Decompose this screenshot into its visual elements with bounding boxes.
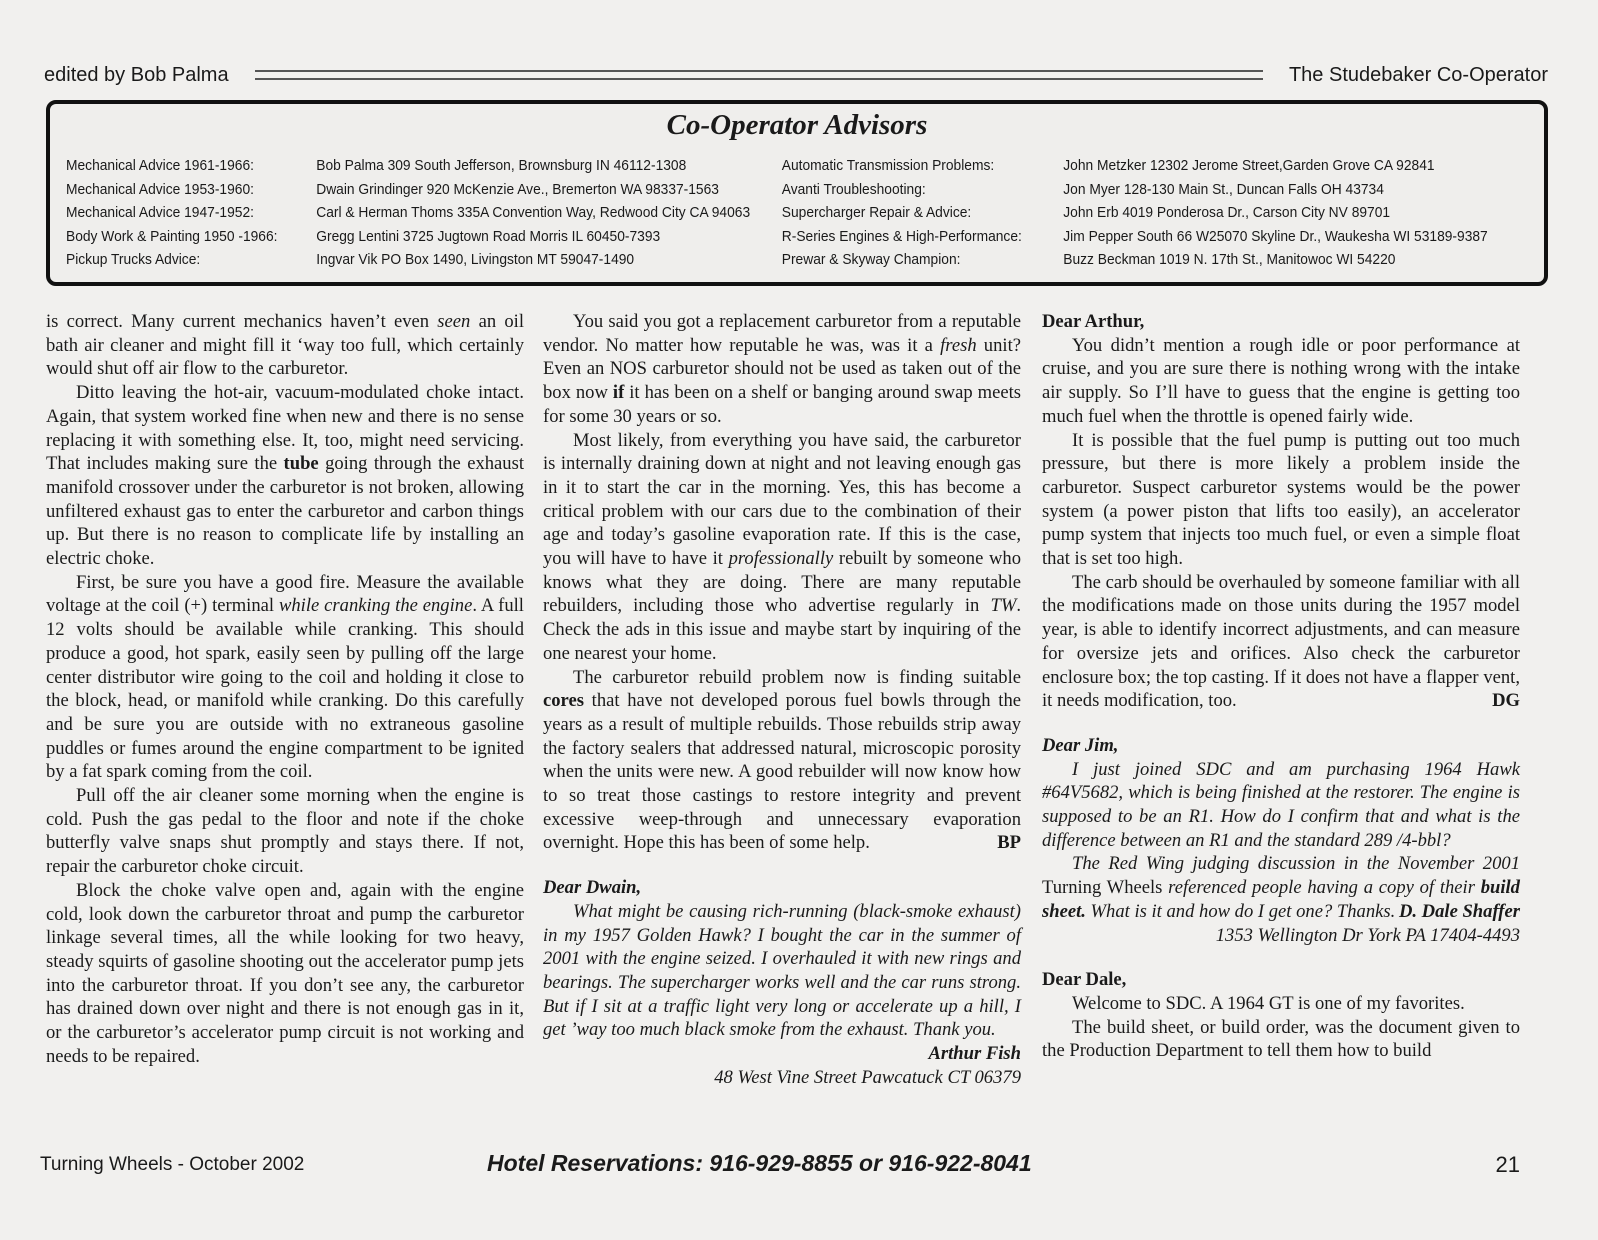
text-run: is correct. Many current mechanics haven… [46,311,437,332]
page-number: 21 [1496,1152,1520,1178]
bold-term: tube [284,453,319,474]
author-initials: DG [1462,689,1520,713]
paragraph: You said you got a replacement carbureto… [543,310,1021,429]
paragraph: The carb should be overhauled by someone… [1042,571,1520,713]
letter-body: I just joined SDC and am purchasing 1964… [1042,758,1520,853]
header-double-rule [255,70,1263,80]
advisor-topic: Mechanical Advice 1953-1960: [66,178,316,202]
advisor-contact: Ingvar Vik PO Box 1490, Livingston MT 59… [316,248,782,272]
issue-info: Turning Wheels - October 2002 [40,1154,304,1176]
advisor-topic: Prewar & Skyway Champion: [782,248,1064,272]
spacer [1042,947,1520,968]
reader-letter: I just joined SDC and am purchasing 1964… [1042,758,1520,924]
advisor-contact: Bob Palma 309 South Jefferson, Brownsbur… [316,154,782,178]
column-title: The Studebaker Co-Operator [1289,64,1548,87]
paragraph: The carburetor rebuild problem now is fi… [543,666,1021,856]
advisor-row: Body Work & Painting 1950 -1966: Gregg L… [66,225,1542,249]
bold-term: cores [543,690,584,711]
advisors-box: Co-Operator Advisors Mechanical Advice 1… [46,100,1548,286]
advisor-contact: Dwain Grindinger 920 McKenzie Ave., Brem… [316,178,782,202]
paragraph: Most likely, from everything you have sa… [543,429,1021,666]
advisor-contact: John Erb 4019 Ponderosa Dr., Carson City… [1063,201,1541,225]
text-run: The carburetor rebuild problem now is fi… [573,667,1021,688]
text-run: referenced people having a copy of their [1162,877,1480,898]
advisor-row: Pickup Trucks Advice: Ingvar Vik PO Box … [66,248,1542,272]
emphasis: professionally [729,548,834,569]
letter-address: 48 West Vine Street Pawcatuck CT 06379 [543,1066,1021,1090]
article-column-3: Dear Arthur, You didn’t mention a rough … [1042,310,1520,1063]
reply-salutation: Dear Dale, [1042,968,1520,992]
letter-signature: Arthur Fish [543,1042,1021,1066]
reader-letter: What might be causing rich-running (blac… [543,900,1021,1042]
advisor-row: Mechanical Advice 1953-1960: Dwain Grind… [66,178,1542,202]
advisor-topic: Supercharger Repair & Advice: [782,201,1064,225]
letter-body: What might be causing rich-running (blac… [543,900,1021,1042]
advisor-contact: Jim Pepper South 66 W25070 Skyline Dr., … [1063,225,1541,249]
advisor-topic: Mechanical Advice 1947-1952: [66,201,316,225]
letter-address: 1353 Wellington Dr York PA 17404-4493 [1042,924,1520,948]
advisor-contact: Jon Myer 128-130 Main St., Duncan Falls … [1063,178,1541,202]
text-run: The Red Wing judging discussion in the N… [1072,853,1520,874]
advisor-topic: Pickup Trucks Advice: [66,248,316,272]
advisor-row: Mechanical Advice 1947-1952: Carl & Herm… [66,201,1542,225]
advisor-topic: Automatic Transmission Problems: [782,154,1064,178]
spacer [1042,713,1520,734]
advisor-contact: Buzz Beckman 1019 N. 17th St., Manitowoc… [1063,248,1541,272]
advisor-contact: John Metzker 12302 Jerome Street,Garden … [1063,154,1541,178]
paragraph: It is possible that the fuel pump is put… [1042,429,1520,571]
advisor-topic: Avanti Troubleshooting: [782,178,1064,202]
text-run: The carb should be overhauled by someone… [1042,572,1520,712]
emphasis: fresh [940,335,977,356]
advisors-list: Mechanical Advice 1961-1966: Bob Palma 3… [66,154,1542,272]
advisor-topic: Mechanical Advice 1961-1966: [66,154,316,178]
paragraph: Welcome to SDC. A 1964 GT is one of my f… [1042,992,1520,1016]
letter-salutation: Dear Jim, [1042,734,1520,758]
emphasis: TW [991,595,1017,616]
text-run: that have not developed porous fuel bowl… [543,690,1021,853]
bold-term: if [613,382,624,403]
running-header: edited by Bob Palma The Studebaker Co-Op… [44,60,1548,90]
advisors-title: Co-Operator Advisors [50,108,1544,142]
advisor-contact: Carl & Herman Thoms 335A Convention Way,… [316,201,782,225]
advisor-topic: R-Series Engines & High-Performance: [782,225,1064,249]
emphasis: while cranking the engine [279,595,472,616]
hotel-reservations-banner: Hotel Reservations: 916-929-8855 or 916-… [487,1150,1032,1177]
paragraph: The build sheet, or build order, was the… [1042,1016,1520,1063]
advisor-contact: Gregg Lentini 3725 Jugtown Road Morris I… [316,225,782,249]
spacer [543,855,1021,876]
paragraph: You didn’t mention a rough idle or poor … [1042,334,1520,429]
article-column-1: is correct. Many current mechanics haven… [46,310,524,1069]
publication-name: Turning Wheels [1042,877,1162,898]
advisor-topic: Body Work & Painting 1950 -1966: [66,225,316,249]
text-run: What is it and how do I get one? Thanks. [1086,901,1395,922]
paragraph: Ditto leaving the hot-air, vacuum-modula… [46,381,524,571]
article-column-2: You said you got a replacement carbureto… [543,310,1021,1090]
paragraph: First, be sure you have a good fire. Mea… [46,571,524,784]
author-initials: BP [967,831,1021,855]
text-run: . A full 12 volts should be available wh… [46,595,524,782]
magazine-page: edited by Bob Palma The Studebaker Co-Op… [0,0,1598,1240]
emphasis: seen [437,311,470,332]
page-footer: Turning Wheels - October 2002 Hotel Rese… [40,1150,1520,1182]
paragraph: is correct. Many current mechanics haven… [46,310,524,381]
paragraph: Pull off the air cleaner some morning wh… [46,784,524,879]
editor-credit: edited by Bob Palma [44,64,229,87]
paragraph: Block the choke valve open and, again wi… [46,879,524,1069]
advisor-row: Mechanical Advice 1961-1966: Bob Palma 3… [66,154,1542,178]
letter-salutation: Dear Dwain, [543,876,1021,900]
reply-salutation: Dear Arthur, [1042,310,1520,334]
